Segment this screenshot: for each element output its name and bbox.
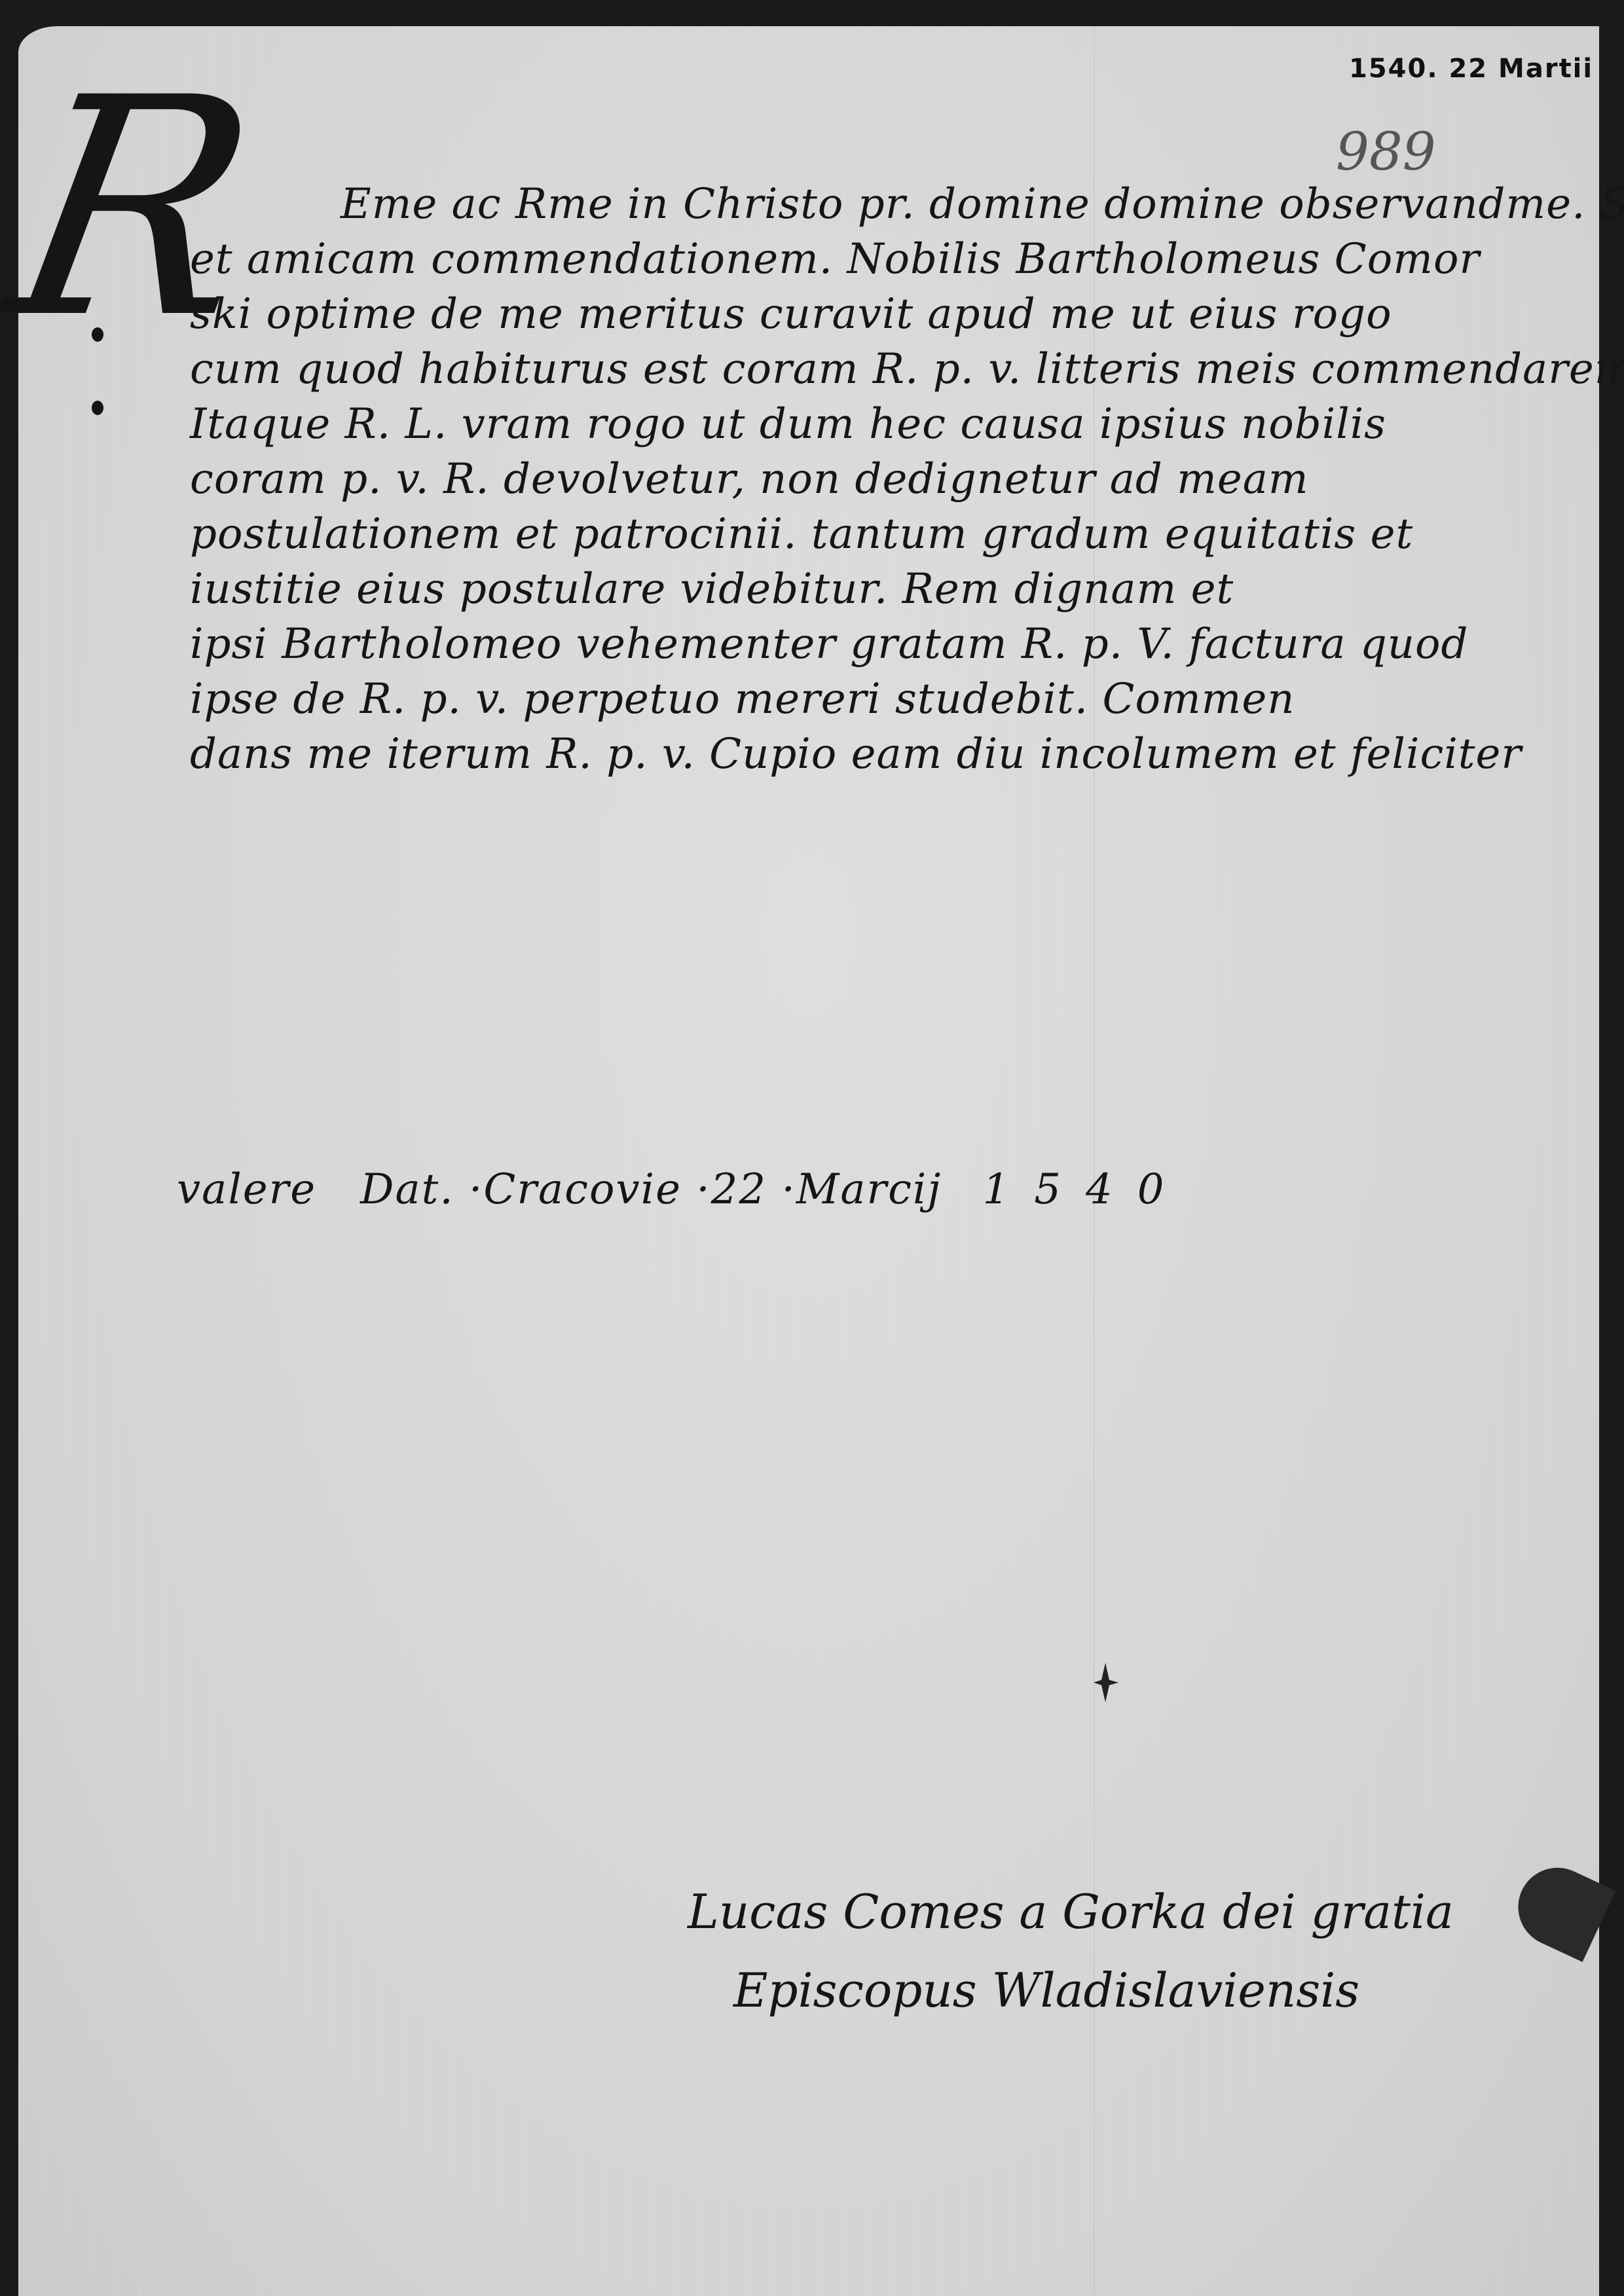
- body-line: postulationem et patrocinii. tantum grad…: [190, 507, 1559, 562]
- archive-date-annotation: 1540. 22 Martii: [1349, 54, 1593, 84]
- day: 22: [711, 1165, 767, 1214]
- body-line: Itaque R. L. vram rogo ut dum hec causa …: [190, 397, 1559, 452]
- valediction: valere: [177, 1165, 316, 1214]
- signature-line-name: Lucas Comes a Gorka dei gratia: [688, 1872, 1454, 1951]
- body-line: Eme ac Rme in Christo pr. domine domine …: [190, 177, 1559, 232]
- initial-dots-ornament: [92, 327, 103, 474]
- year: 1540: [983, 1165, 1189, 1214]
- dot-ornament: [92, 401, 103, 415]
- fold-cross-mark-icon: [1092, 1663, 1118, 1702]
- signature-block: Lucas Comes a Gorka dei gratia Episcopus…: [688, 1872, 1454, 2030]
- signature-line-title: Episcopus Wladislaviensis: [688, 1951, 1454, 2030]
- letter-body: Eme ac Rme in Christo pr. domine domine …: [190, 177, 1559, 782]
- closing-line: valere Dat. ·Cracovie ·22 ·Marcij 1540: [177, 1165, 1189, 1214]
- datum: Dat.: [360, 1165, 454, 1214]
- body-line: ipse de R. p. v. perpetuo mereri studebi…: [190, 672, 1559, 727]
- body-line: ipsi Bartholomeo vehementer gratam R. p.…: [190, 617, 1559, 672]
- body-line: iustitie eius postulare videbitur. Rem d…: [190, 562, 1559, 617]
- month: Marcij: [796, 1165, 942, 1214]
- body-line: coram p. v. R. devolvetur, non dedignetu…: [190, 452, 1559, 507]
- body-line: cum quod habiturus est coram R. p. v. li…: [190, 342, 1559, 397]
- body-line: et amicam commendationem. Nobilis Bartho…: [190, 232, 1559, 287]
- body-line: dans me iterum R. p. v. Cupio eam diu in…: [190, 727, 1559, 782]
- body-line: ski optime de me meritus curavit apud me…: [190, 287, 1559, 342]
- archive-number-annotation: 989: [1336, 121, 1436, 182]
- place: Cracovie: [483, 1165, 682, 1214]
- dot-ornament: [92, 327, 103, 342]
